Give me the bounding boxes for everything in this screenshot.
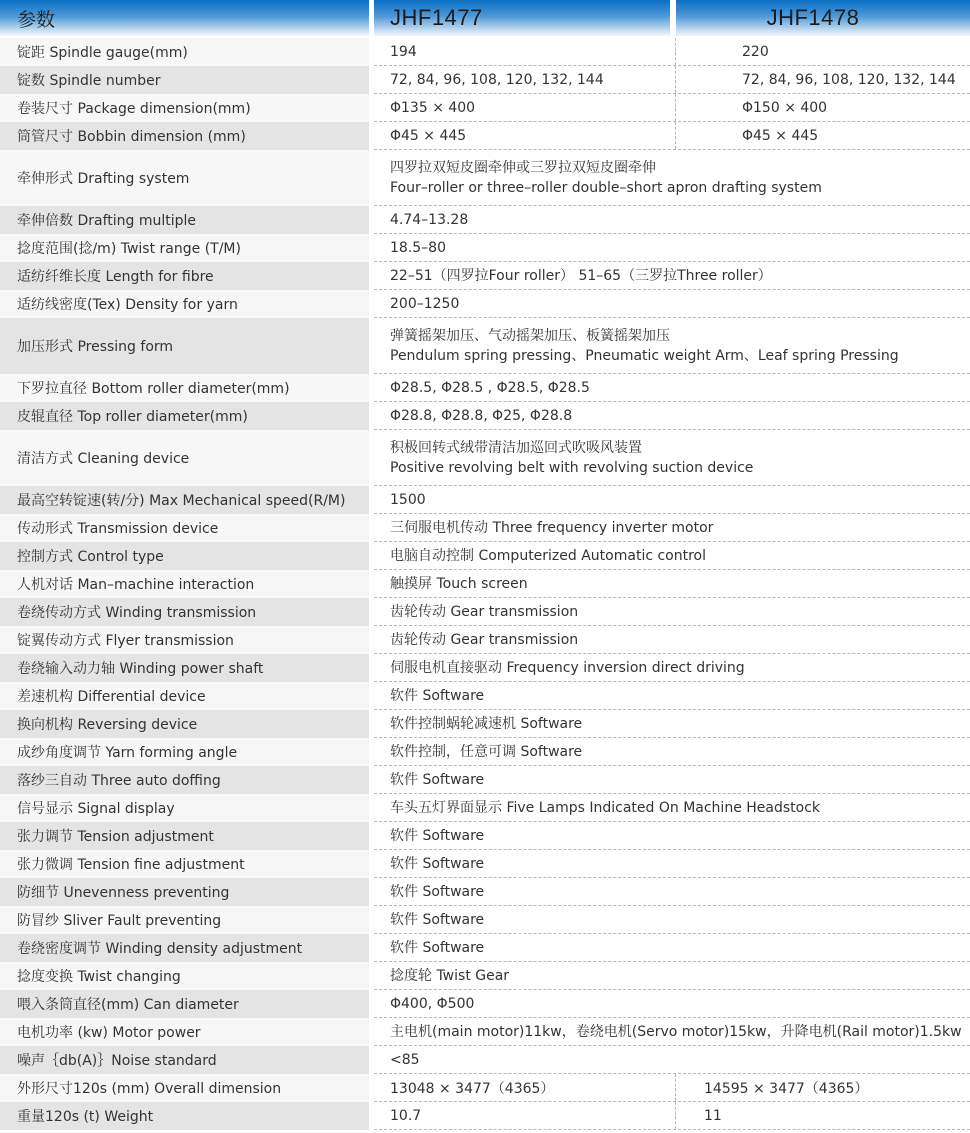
spec-table: 参数 JHF1477 JHF1478 锭距 Spindle gauge(mm)1…	[0, 0, 970, 1130]
shared-value: 软件 Software	[374, 850, 970, 877]
shared-value: 软件 Software	[374, 766, 970, 793]
row-label: 牵伸形式 Drafting system	[0, 150, 369, 206]
table-row: 牵伸形式 Drafting system四罗拉双短皮圈牵伸或三罗拉双短皮圈牵伸F…	[0, 150, 970, 206]
value-jhf1477: Φ135 × 400	[374, 94, 676, 121]
table-row: 张力调节 Tension adjustment软件 Software	[0, 822, 970, 850]
shared-value: 18.5–80	[374, 234, 970, 261]
value-line: 软件 Software	[390, 882, 970, 902]
shared-value: 齿轮传动 Gear transmission	[374, 598, 970, 625]
table-row: 落纱三自动 Three auto doffing软件 Software	[0, 766, 970, 794]
shared-value: 1500	[374, 486, 970, 513]
row-label: 锭数 Spindle number	[0, 66, 369, 94]
row-label: 张力调节 Tension adjustment	[0, 822, 369, 850]
row-label: 外形尺寸120s (mm) Overall dimension	[0, 1074, 369, 1102]
shared-value: 22–51（四罗拉Four roller） 51–65（三罗拉Three rol…	[374, 262, 970, 289]
value-jhf1477: 72, 84, 96, 108, 120, 132, 144	[374, 66, 676, 93]
row-label: 捻度范围(捻/m) Twist range (T/M)	[0, 234, 369, 262]
row-values: 软件 Software	[374, 850, 970, 878]
row-label: 传动形式 Transmission device	[0, 514, 369, 542]
row-values: 软件 Software	[374, 766, 970, 794]
row-label: 人机对话 Man–machine interaction	[0, 570, 369, 598]
row-values: 三伺服电机传动 Three frequency inverter motor	[374, 514, 970, 542]
row-label: 捻度变换 Twist changing	[0, 962, 369, 990]
value-line: Four–roller or three–roller double–short…	[390, 178, 970, 198]
shared-value: 软件 Software	[374, 878, 970, 905]
table-row: 卷装尺寸 Package dimension(mm)Φ135 × 400Φ150…	[0, 94, 970, 122]
table-row: 皮辊直径 Top roller diameter(mm)Φ28.8, Φ28.8…	[0, 402, 970, 430]
row-label: 牵伸倍数 Drafting multiple	[0, 206, 369, 234]
table-row: 成纱角度调节 Yarn forming angle软件控制，任意可调 Softw…	[0, 738, 970, 766]
value-line: 弹簧摇架加压、气动摇架加压、板簧摇架加压	[390, 326, 970, 346]
shared-value: 软件 Software	[374, 934, 970, 961]
table-row: 下罗拉直径 Bottom roller diameter(mm)Φ28.5, Φ…	[0, 374, 970, 402]
table-row: 噪声｛db(A)｝Noise standard<85	[0, 1046, 970, 1074]
table-row: 卷绕密度调节 Winding density adjustment软件 Soft…	[0, 934, 970, 962]
row-label: 卷绕传动方式 Winding transmission	[0, 598, 369, 626]
row-label: 防冒纱 Sliver Fault preventing	[0, 906, 369, 934]
table-row: 张力微调 Tension fine adjustment软件 Software	[0, 850, 970, 878]
row-label: 差速机构 Differential device	[0, 682, 369, 710]
table-row: 适纺线密度(Tex) Density for yarn200–1250	[0, 290, 970, 318]
row-values: <85	[374, 1046, 970, 1074]
value-jhf1477: Φ45 × 445	[374, 122, 676, 149]
table-row: 差速机构 Differential device软件 Software	[0, 682, 970, 710]
table-row: 换向机构 Reversing device软件控制蜗轮减速机 Software	[0, 710, 970, 738]
shared-value: 触摸屏 Touch screen	[374, 570, 970, 597]
table-row: 加压形式 Pressing form弹簧摇架加压、气动摇架加压、板簧摇架加压Pe…	[0, 318, 970, 374]
value-line: 主电机(main motor)11kw，卷绕电机(Servo motor)15k…	[390, 1022, 970, 1042]
table-row: 防冒纱 Sliver Fault preventing软件 Software	[0, 906, 970, 934]
value-line: 伺服电机直接驱动 Frequency inversion direct driv…	[390, 658, 970, 678]
table-row: 锭距 Spindle gauge(mm)194220	[0, 38, 970, 66]
shared-value: 齿轮传动 Gear transmission	[374, 626, 970, 653]
value-line: 积极回转式绒带清洁加巡回式吹吸风装置	[390, 438, 970, 458]
row-label: 落纱三自动 Three auto doffing	[0, 766, 369, 794]
row-label: 重量120s (t) Weight	[0, 1102, 369, 1130]
value-line: 200–1250	[390, 294, 970, 314]
shared-value: 积极回转式绒带清洁加巡回式吹吸风装置Positive revolving bel…	[374, 430, 970, 485]
value-line: 捻度轮 Twist Gear	[390, 966, 970, 986]
row-values: 弹簧摇架加压、气动摇架加压、板簧摇架加压Pendulum spring pres…	[374, 318, 970, 374]
row-values: Φ45 × 445Φ45 × 445	[374, 122, 970, 150]
value-jhf1478: Φ45 × 445	[676, 122, 970, 149]
value-jhf1478: 72, 84, 96, 108, 120, 132, 144	[676, 66, 970, 93]
value-line: 三伺服电机传动 Three frequency inverter motor	[390, 518, 970, 538]
shared-value: 捻度轮 Twist Gear	[374, 962, 970, 989]
row-values: 主电机(main motor)11kw，卷绕电机(Servo motor)15k…	[374, 1018, 970, 1046]
value-jhf1477: 13048 × 3477（4365）	[374, 1074, 676, 1101]
value-line: 软件 Software	[390, 826, 970, 846]
shared-value: Φ28.5, Φ28.5 , Φ28.5, Φ28.5	[374, 374, 970, 401]
row-values: 软件 Software	[374, 682, 970, 710]
row-values: Φ28.8, Φ28.8, Φ25, Φ28.8	[374, 402, 970, 430]
table-header: 参数 JHF1477 JHF1478	[0, 0, 970, 36]
value-line: 4.74–13.28	[390, 210, 970, 230]
value-line: 软件 Software	[390, 938, 970, 958]
value-line: 软件 Software	[390, 686, 970, 706]
value-line: 触摸屏 Touch screen	[390, 574, 970, 594]
table-row: 信号显示 Signal display车头五灯界面显示 Five Lamps I…	[0, 794, 970, 822]
value-jhf1478: Φ150 × 400	[676, 94, 970, 121]
row-label: 成纱角度调节 Yarn forming angle	[0, 738, 369, 766]
table-row: 卷绕传动方式 Winding transmission齿轮传动 Gear tra…	[0, 598, 970, 626]
value-line: Positive revolving belt with revolving s…	[390, 458, 970, 478]
value-line: 1500	[390, 490, 970, 510]
row-label: 张力微调 Tension fine adjustment	[0, 850, 369, 878]
row-values: 软件控制，任意可调 Software	[374, 738, 970, 766]
table-row: 传动形式 Transmission device三伺服电机传动 Three fr…	[0, 514, 970, 542]
shared-value: 软件控制蜗轮减速机 Software	[374, 710, 970, 737]
row-label: 信号显示 Signal display	[0, 794, 369, 822]
value-line: 齿轮传动 Gear transmission	[390, 602, 970, 622]
table-row: 卷绕输入动力轴 Winding power shaft伺服电机直接驱动 Freq…	[0, 654, 970, 682]
value-line: 四罗拉双短皮圈牵伸或三罗拉双短皮圈牵伸	[390, 158, 970, 178]
shared-value: 4.74–13.28	[374, 206, 970, 233]
table-row: 外形尺寸120s (mm) Overall dimension13048 × 3…	[0, 1074, 970, 1102]
row-values: 1500	[374, 486, 970, 514]
row-values: 软件 Software	[374, 934, 970, 962]
table-row: 适纺纤维长度 Length for fibre22–51（四罗拉Four rol…	[0, 262, 970, 290]
table-row: 最高空转锭速(转/分) Max Mechanical speed(R/M)150…	[0, 486, 970, 514]
header-model-jhf1478: JHF1478	[676, 0, 970, 36]
row-values: 4.74–13.28	[374, 206, 970, 234]
row-label: 下罗拉直径 Bottom roller diameter(mm)	[0, 374, 369, 402]
table-row: 清洁方式 Cleaning device积极回转式绒带清洁加巡回式吹吸风装置Po…	[0, 430, 970, 486]
shared-value: 软件 Software	[374, 822, 970, 849]
row-label: 电机功率 (kw) Motor power	[0, 1018, 369, 1046]
table-row: 筒管尺寸 Bobbin dimension (mm)Φ45 × 445Φ45 ×…	[0, 122, 970, 150]
row-values: 软件控制蜗轮减速机 Software	[374, 710, 970, 738]
row-values: 18.5–80	[374, 234, 970, 262]
row-label: 加压形式 Pressing form	[0, 318, 369, 374]
row-values: Φ135 × 400Φ150 × 400	[374, 94, 970, 122]
shared-value: 200–1250	[374, 290, 970, 317]
value-line: Pendulum spring pressing、Pneumatic weigh…	[390, 346, 970, 366]
row-label: 换向机构 Reversing device	[0, 710, 369, 738]
shared-value: 软件 Software	[374, 906, 970, 933]
table-row: 电机功率 (kw) Motor power主电机(main motor)11kw…	[0, 1018, 970, 1046]
table-row: 锭翼传动方式 Flyer transmission齿轮传动 Gear trans…	[0, 626, 970, 654]
row-label: 卷绕密度调节 Winding density adjustment	[0, 934, 369, 962]
row-values: 22–51（四罗拉Four roller） 51–65（三罗拉Three rol…	[374, 262, 970, 290]
value-line: Φ28.5, Φ28.5 , Φ28.5, Φ28.5	[390, 378, 970, 398]
row-label: 防细节 Unevenness preventing	[0, 878, 369, 906]
row-label: 最高空转锭速(转/分) Max Mechanical speed(R/M)	[0, 486, 369, 514]
row-values: 电脑自动控制 Computerized Automatic control	[374, 542, 970, 570]
shared-value: 软件控制，任意可调 Software	[374, 738, 970, 765]
shared-value: Φ28.8, Φ28.8, Φ25, Φ28.8	[374, 402, 970, 429]
row-values: 软件 Software	[374, 822, 970, 850]
value-line: 车头五灯界面显示 Five Lamps Indicated On Machine…	[390, 798, 970, 818]
value-line: 电脑自动控制 Computerized Automatic control	[390, 546, 970, 566]
value-line: <85	[390, 1050, 970, 1070]
row-values: 齿轮传动 Gear transmission	[374, 626, 970, 654]
row-values: 72, 84, 96, 108, 120, 132, 14472, 84, 96…	[374, 66, 970, 94]
row-label: 适纺纤维长度 Length for fibre	[0, 262, 369, 290]
row-label: 锭距 Spindle gauge(mm)	[0, 38, 369, 66]
table-row: 重量120s (t) Weight10.711	[0, 1102, 970, 1130]
row-values: 13048 × 3477（4365）14595 × 3477（4365）	[374, 1074, 970, 1102]
value-line: 22–51（四罗拉Four roller） 51–65（三罗拉Three rol…	[390, 266, 970, 286]
row-label: 锭翼传动方式 Flyer transmission	[0, 626, 369, 654]
shared-value: 四罗拉双短皮圈牵伸或三罗拉双短皮圈牵伸Four–roller or three–…	[374, 150, 970, 205]
row-values: 四罗拉双短皮圈牵伸或三罗拉双短皮圈牵伸Four–roller or three–…	[374, 150, 970, 206]
table-body: 锭距 Spindle gauge(mm)194220锭数 Spindle num…	[0, 38, 970, 1130]
value-jhf1478: 11	[676, 1102, 970, 1129]
row-label: 卷绕输入动力轴 Winding power shaft	[0, 654, 369, 682]
row-values: 车头五灯界面显示 Five Lamps Indicated On Machine…	[374, 794, 970, 822]
header-model-jhf1477: JHF1477	[374, 0, 670, 36]
row-label: 噪声｛db(A)｝Noise standard	[0, 1046, 369, 1074]
value-line: 齿轮传动 Gear transmission	[390, 630, 970, 650]
table-row: 捻度范围(捻/m) Twist range (T/M)18.5–80	[0, 234, 970, 262]
shared-value: <85	[374, 1046, 970, 1073]
row-label: 皮辊直径 Top roller diameter(mm)	[0, 402, 369, 430]
table-row: 防细节 Unevenness preventing软件 Software	[0, 878, 970, 906]
row-label: 卷装尺寸 Package dimension(mm)	[0, 94, 369, 122]
row-values: 齿轮传动 Gear transmission	[374, 598, 970, 626]
table-row: 捻度变换 Twist changing捻度轮 Twist Gear	[0, 962, 970, 990]
value-line: 软件控制，任意可调 Software	[390, 742, 970, 762]
row-values: 积极回转式绒带清洁加巡回式吹吸风装置Positive revolving bel…	[374, 430, 970, 486]
table-row: 牵伸倍数 Drafting multiple4.74–13.28	[0, 206, 970, 234]
value-jhf1478: 14595 × 3477（4365）	[676, 1074, 970, 1101]
value-line: 18.5–80	[390, 238, 970, 258]
value-line: 软件 Software	[390, 854, 970, 874]
row-values: 触摸屏 Touch screen	[374, 570, 970, 598]
value-jhf1477: 10.7	[374, 1102, 676, 1129]
row-label: 控制方式 Control type	[0, 542, 369, 570]
table-row: 锭数 Spindle number72, 84, 96, 108, 120, 1…	[0, 66, 970, 94]
row-values: 软件 Software	[374, 906, 970, 934]
row-values: 软件 Software	[374, 878, 970, 906]
shared-value: 弹簧摇架加压、气动摇架加压、板簧摇架加压Pendulum spring pres…	[374, 318, 970, 373]
row-label: 适纺线密度(Tex) Density for yarn	[0, 290, 369, 318]
header-parameters: 参数	[0, 0, 369, 36]
shared-value: 软件 Software	[374, 682, 970, 709]
value-line: 软件 Software	[390, 910, 970, 930]
value-line: Φ400, Φ500	[390, 994, 970, 1014]
row-label: 筒管尺寸 Bobbin dimension (mm)	[0, 122, 369, 150]
row-values: Φ400, Φ500	[374, 990, 970, 1018]
value-line: 软件控制蜗轮减速机 Software	[390, 714, 970, 734]
shared-value: 主电机(main motor)11kw，卷绕电机(Servo motor)15k…	[374, 1018, 970, 1045]
row-values: Φ28.5, Φ28.5 , Φ28.5, Φ28.5	[374, 374, 970, 402]
row-label: 喂入条筒直径(mm) Can diameter	[0, 990, 369, 1018]
table-row: 控制方式 Control type电脑自动控制 Computerized Aut…	[0, 542, 970, 570]
shared-value: 车头五灯界面显示 Five Lamps Indicated On Machine…	[374, 794, 970, 821]
shared-value: Φ400, Φ500	[374, 990, 970, 1017]
row-label: 清洁方式 Cleaning device	[0, 430, 369, 486]
row-values: 捻度轮 Twist Gear	[374, 962, 970, 990]
table-row: 人机对话 Man–machine interaction触摸屏 Touch sc…	[0, 570, 970, 598]
value-line: Φ28.8, Φ28.8, Φ25, Φ28.8	[390, 406, 970, 426]
table-row: 喂入条筒直径(mm) Can diameterΦ400, Φ500	[0, 990, 970, 1018]
value-jhf1477: 194	[374, 38, 676, 65]
shared-value: 电脑自动控制 Computerized Automatic control	[374, 542, 970, 569]
row-values: 10.711	[374, 1102, 970, 1130]
row-values: 194220	[374, 38, 970, 66]
row-values: 伺服电机直接驱动 Frequency inversion direct driv…	[374, 654, 970, 682]
shared-value: 三伺服电机传动 Three frequency inverter motor	[374, 514, 970, 541]
shared-value: 伺服电机直接驱动 Frequency inversion direct driv…	[374, 654, 970, 681]
value-jhf1478: 220	[676, 38, 970, 65]
value-line: 软件 Software	[390, 770, 970, 790]
row-values: 200–1250	[374, 290, 970, 318]
